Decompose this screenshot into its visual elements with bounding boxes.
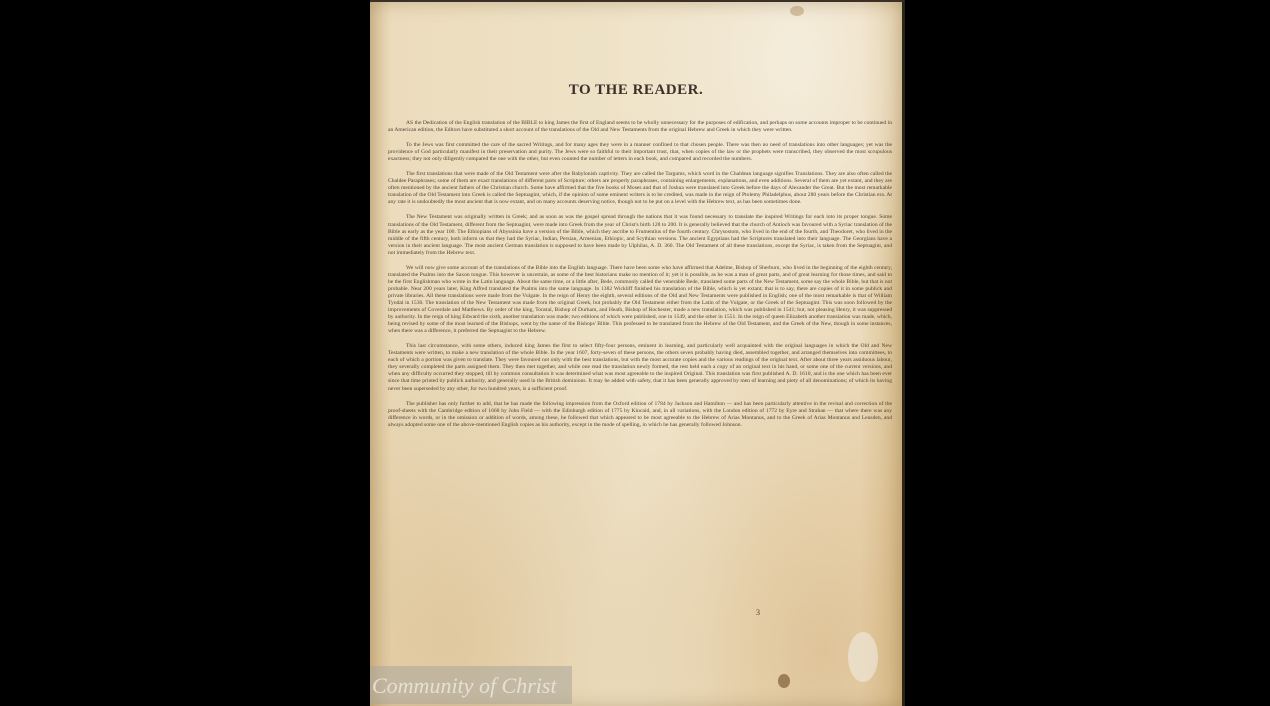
watermark: Community of Christ [370, 666, 572, 704]
scanned-page: TO THE READER. AS the Dedication of the … [370, 0, 905, 706]
document-body: AS the Dedication of the English transla… [388, 120, 892, 437]
page-title: TO THE READER. [370, 82, 902, 99]
paragraph: The first translations that were made of… [388, 171, 892, 206]
paper-stain [848, 632, 878, 682]
paragraph: The New Testament was originally written… [388, 214, 892, 256]
paper-stain [790, 6, 804, 16]
paper-stain [778, 674, 790, 688]
page-number: 3 [756, 608, 760, 617]
paragraph: To the Jews was first committed the care… [388, 142, 892, 163]
paragraph: AS the Dedication of the English transla… [388, 120, 892, 134]
paragraph: We will now give some account of the tra… [388, 265, 892, 335]
paragraph: This last circumstance, with some others… [388, 343, 892, 392]
paragraph: The publisher has only further to add, t… [388, 401, 892, 429]
